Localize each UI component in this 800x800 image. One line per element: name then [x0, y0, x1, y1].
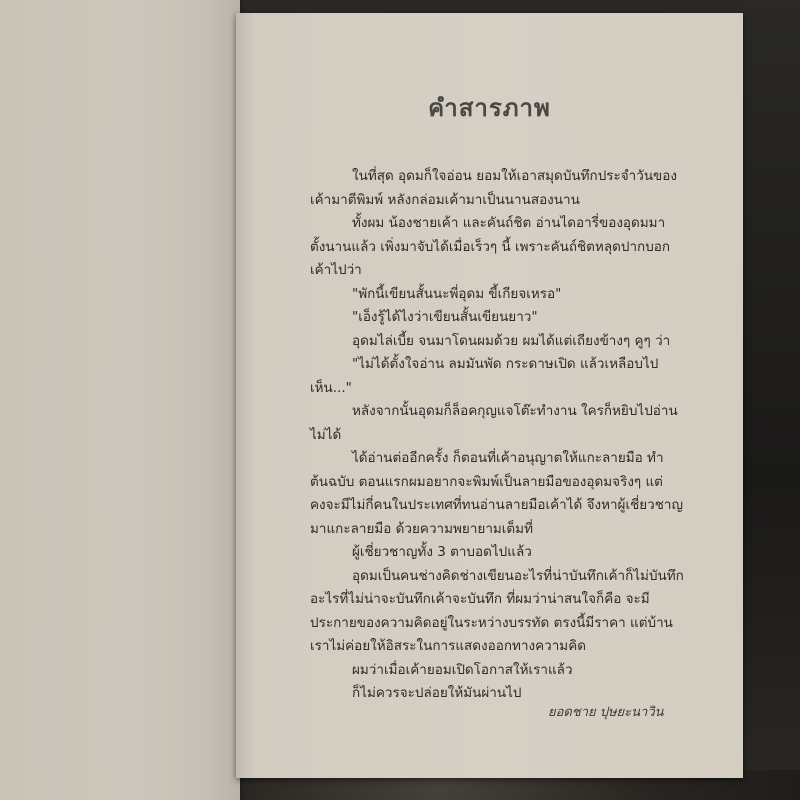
- text-line: มาแกะลายมือ ด้วยความพยายามเต็มที่: [310, 518, 670, 542]
- text-line: ทั้งผม น้องชายเค้า และคันถ์ชิต อ่านไดอาร…: [310, 212, 670, 236]
- text-line: ไม่ได้: [310, 424, 670, 448]
- text-line: ได้อ่านต่ออีกครั้ง ก็ตอนที่เค้าอนุญาตให้…: [310, 447, 670, 471]
- text-line: "ไม่ได้ตั้งใจอ่าน ลมมันพัด กระดาษเปิด แล…: [310, 353, 670, 377]
- text-line: ประกายของความคิดอยู่ในระหว่างบรรทัด ตรงน…: [310, 612, 670, 636]
- text-line: ต้นฉบับ ตอนแรกผมอยากจะพิมพ์เป็นลายมือของ…: [310, 471, 670, 495]
- text-line: ตั้งนานแล้ว เพิ่งมาจับได้เมื่อเร็วๆ นี้ …: [310, 236, 670, 260]
- text-line: ในที่สุด อุดมก็ใจอ่อน ยอมให้เอาสมุดบันทึ…: [310, 165, 670, 189]
- text-line: "เอ็งรู้ได้ไงว่าเขียนสั้นเขียนยาว": [310, 306, 670, 330]
- text-line: ผู้เชี่ยวชาญทั้ง 3 ตาบอดไปแล้ว: [310, 541, 670, 565]
- text-line: เห็น...": [310, 377, 670, 401]
- text-line: "พักนี้เขียนสั้นนะพี่อุดม ขี้เกียจเหรอ": [310, 283, 670, 307]
- text-line: คงจะมีไม่กี่คนในประเทศที่ทนอ่านลายมือเค้…: [310, 494, 670, 518]
- text-line: อะไรที่ไม่น่าจะบันทึกเค้าจะบันทึก ที่ผมว…: [310, 588, 670, 612]
- text-line: อุดมเป็นคนช่างคิดช่างเขียนอะไรที่น่าบันท…: [310, 565, 670, 589]
- left-page-blank: [0, 0, 240, 800]
- text-line: เค้ามาตีพิมพ์ หลังกล่อมเค้ามาเป็นนานสองน…: [310, 189, 670, 213]
- author-signature: ยอดชาย ปุษยะนาวิน: [548, 701, 664, 722]
- text-line: เราไม่ค่อยให้อิสระในการแสดงออกทางความคิด: [310, 635, 670, 659]
- right-page: คำสารภาพ ในที่สุด อุดมก็ใจอ่อน ยอมให้เอา…: [236, 13, 743, 778]
- body-text: ในที่สุด อุดมก็ใจอ่อน ยอมให้เอาสมุดบันทึ…: [310, 165, 670, 706]
- page-title: คำสารภาพ: [236, 88, 743, 127]
- text-line: ผมว่าเมื่อเค้ายอมเปิดโอกาสให้เราแล้ว: [310, 659, 670, 683]
- text-line: หลังจากนั้นอุดมก็ล็อคกุญแจโต๊ะทำงาน ใครก…: [310, 400, 670, 424]
- text-line: เค้าไปว่า: [310, 259, 670, 283]
- text-line: อุดมไล่เบี้ย จนมาโดนผมด้วย ผมได้แต่เถียง…: [310, 330, 670, 354]
